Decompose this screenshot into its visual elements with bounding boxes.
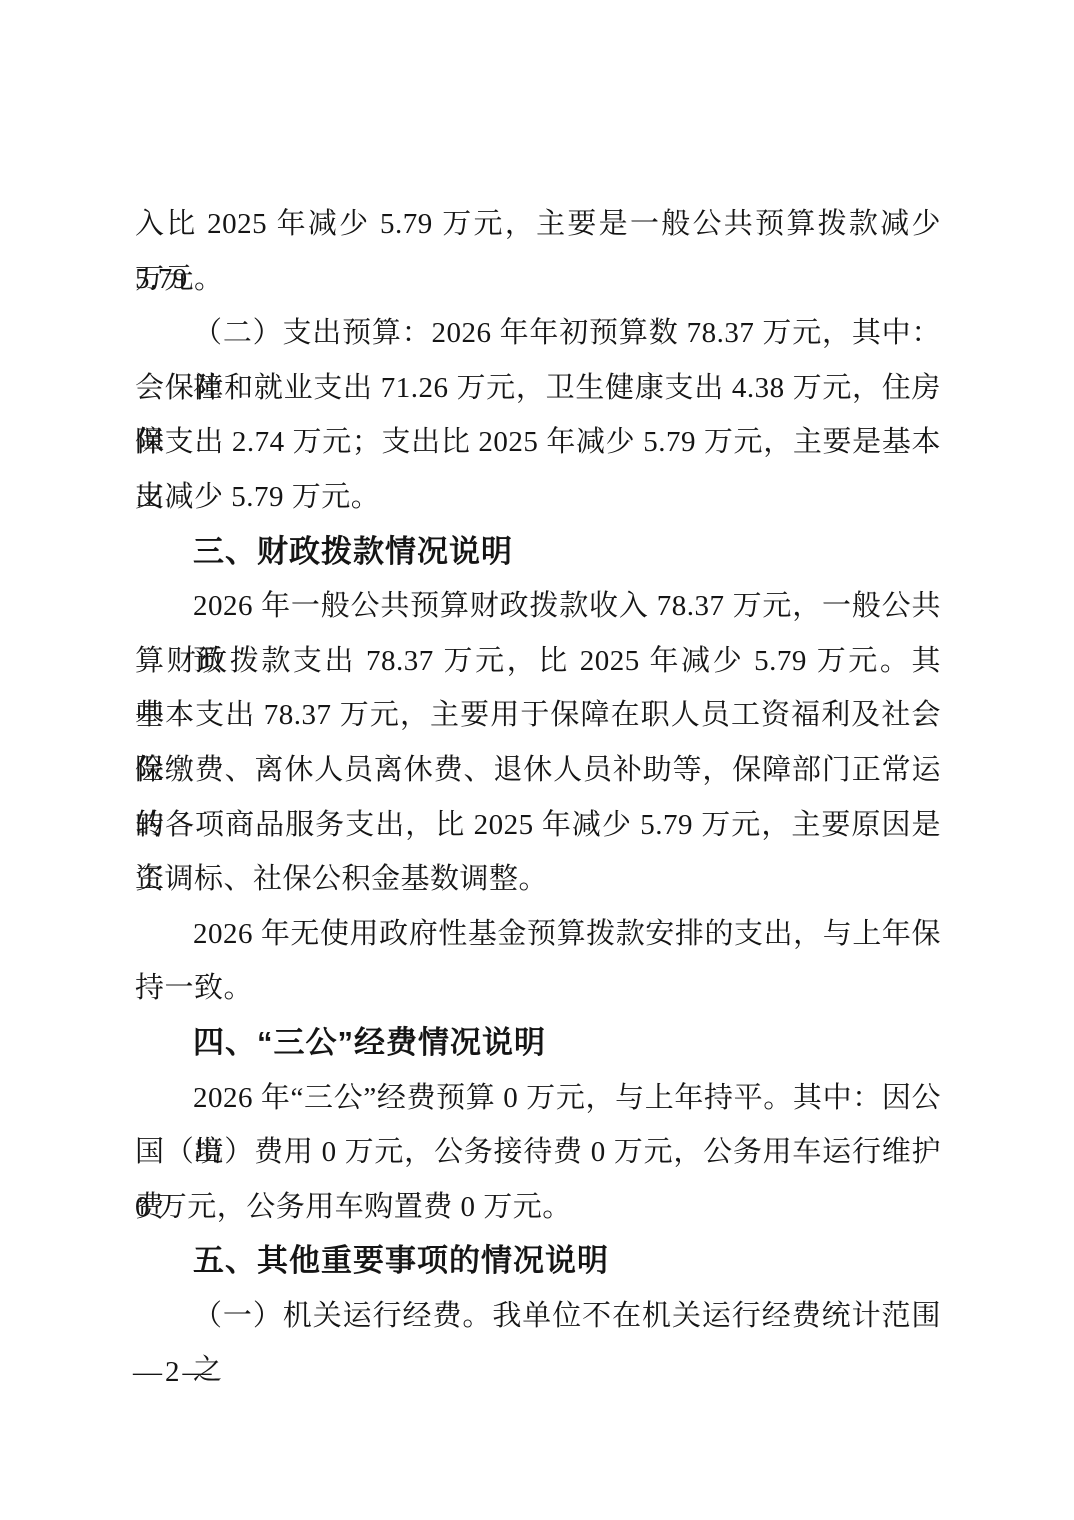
body-line: （一）机关运行经费。我单位不在机关运行经费统计范围之 <box>135 1289 941 1344</box>
body-line: 基本支出 78.37 万元，主要用于保障在职人员工资福利及社会保 <box>135 688 941 743</box>
body-line: （二）支出预算：2026 年年初预算数 78.37 万元，其中：社 <box>135 306 941 361</box>
body-line: 0 万元，公务用车购置费 0 万元。 <box>135 1180 941 1235</box>
body-line: 2026 年无使用政府性基金预算拨款安排的支出，与上年保 <box>135 907 941 962</box>
document-body: 入比 2025 年减少 5.79 万元，主要是一般公共预算拨款减少 5.79 万… <box>135 197 941 1343</box>
body-line: 资调标、社保公积金基数调整。 <box>135 852 941 907</box>
section-heading-5: 五、其他重要事项的情况说明 <box>135 1234 941 1289</box>
body-line: 国（境）费用 0 万元，公务接待费 0 万元，公务用车运行维护费 <box>135 1125 941 1180</box>
body-line: 万元。 <box>135 252 941 307</box>
body-line: 2026 年“三公”经费预算 0 万元，与上年持平。其中：因公出 <box>135 1071 941 1126</box>
body-line: 的各项商品服务支出，比 2025 年减少 5.79 万元，主要原因是工 <box>135 798 941 853</box>
body-line: 入比 2025 年减少 5.79 万元，主要是一般公共预算拨款减少 5.79 <box>135 197 941 252</box>
document-page: 入比 2025 年减少 5.79 万元，主要是一般公共预算拨款减少 5.79 万… <box>0 0 1074 1520</box>
section-heading-3: 三、财政拨款情况说明 <box>135 525 941 580</box>
body-line: 持一致。 <box>135 961 941 1016</box>
page-number: —2— <box>133 1352 215 1392</box>
section-heading-4: 四、“三公”经费情况说明 <box>135 1016 941 1071</box>
body-line: 障支出 2.74 万元；支出比 2025 年减少 5.79 万元，主要是基本支 <box>135 415 941 470</box>
body-line: 出减少 5.79 万元。 <box>135 470 941 525</box>
body-line: 算财政拨款支出 78.37 万元，比 2025 年减少 5.79 万元。其中： <box>135 634 941 689</box>
body-line: 险缴费、离休人员离休费、退休人员补助等，保障部门正常运转 <box>135 743 941 798</box>
body-line: 会保障和就业支出 71.26 万元，卫生健康支出 4.38 万元，住房保 <box>135 361 941 416</box>
body-line: 2026 年一般公共预算财政拨款收入 78.37 万元，一般公共预 <box>135 579 941 634</box>
